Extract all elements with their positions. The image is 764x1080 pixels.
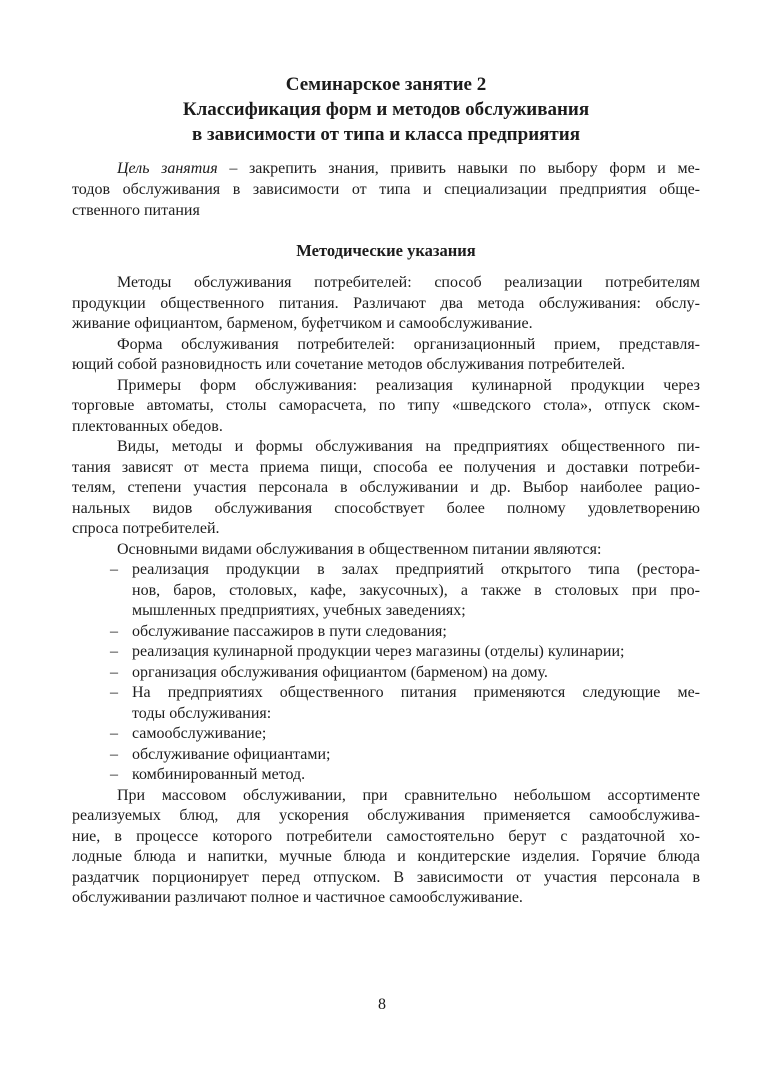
dash-marker: –: [110, 765, 118, 786]
paragraph-line: раздатчик порционирует перед отпуском. В…: [72, 868, 700, 889]
dash-marker: –: [110, 745, 118, 766]
paragraph-line: ние, в процессе которого потребители сам…: [72, 827, 700, 848]
list-item-line: –обслуживание официантами;: [72, 745, 700, 766]
paragraph-line: Методы обслуживания потребителей: способ…: [72, 273, 700, 294]
paragraph-line: Форма обслуживания потребителей: организ…: [72, 335, 700, 356]
paragraph-form: Форма обслуживания потребителей: организ…: [72, 335, 700, 376]
body-text: Методы обслуживания потребителей: способ…: [72, 273, 700, 909]
list-item-text: обслуживание официантами;: [132, 746, 330, 763]
document-page: Семинарское занятие 2 Классификация форм…: [0, 0, 764, 1080]
list-item-text: обслуживание пассажиров в пути следовани…: [132, 623, 447, 640]
list-item: –На предприятиях общественного питания п…: [72, 683, 700, 724]
paragraph-line: лодные блюда и напитки, мучные блюда и к…: [72, 847, 700, 868]
paragraph-line: Основными видами обслуживания в обществе…: [72, 540, 700, 561]
paragraph-line: При массовом обслуживании, при сравнител…: [72, 786, 700, 807]
goal-line-1: Цель занятия – закрепить знания, привить…: [72, 158, 700, 179]
paragraph-line: ющий собой разновидность или сочетание м…: [72, 355, 700, 376]
document-title: Семинарское занятие 2 Классификация форм…: [72, 72, 700, 147]
list-item-line: –обслуживание пассажиров в пути следован…: [72, 622, 700, 643]
paragraph-examples: Примеры форм обслуживания: реализация ку…: [72, 376, 700, 438]
list-item-text: организация обслуживания официантом (бар…: [132, 664, 548, 681]
list-item-text: самообслуживание;: [132, 725, 266, 742]
paragraph-mass-service: При массовом обслуживании, при сравнител…: [72, 786, 700, 909]
title-line-1: Семинарское занятие 2: [72, 72, 700, 97]
dash-marker: –: [110, 724, 118, 745]
goal-line-1-rest: – закрепить знания, привить навыки по вы…: [218, 160, 700, 177]
list-item-line: –реализация продукции в залах предприяти…: [72, 560, 700, 581]
paragraph-line: обслуживании различают полное и частично…: [72, 888, 700, 909]
list-item-line: –реализация кулинарной продукции через м…: [72, 642, 700, 663]
paragraph-line: нальных видов обслуживания способствует …: [72, 499, 700, 520]
section-heading: Методические указания: [72, 240, 700, 261]
list-item-text: На предприятиях общественного питания пр…: [132, 684, 700, 701]
paragraph-line: продукции общественного питания. Различа…: [72, 294, 700, 315]
list-item-text: реализация продукции в залах предприятий…: [132, 561, 700, 578]
paragraph-methods: Методы обслуживания потребителей: способ…: [72, 273, 700, 335]
service-kinds-list: –реализация продукции в залах предприяти…: [72, 560, 700, 786]
paragraph-line: телям, степени участия персонала в обслу…: [72, 478, 700, 499]
list-item-line: –На предприятиях общественного питания п…: [72, 683, 700, 704]
goal-line-3: ственного питания: [72, 200, 700, 221]
paragraph-line: торговые автоматы, столы саморасчета, по…: [72, 396, 700, 417]
paragraph-line: тания зависят от места приема пищи, спос…: [72, 458, 700, 479]
list-item-line: нов, баров, столовых, кафе, закусочных),…: [72, 581, 700, 602]
text-column: Семинарское занятие 2 Классификация форм…: [72, 72, 700, 909]
list-item: –обслуживание пассажиров в пути следован…: [72, 622, 700, 643]
list-item: –реализация кулинарной продукции через м…: [72, 642, 700, 663]
goal-lead-italic: Цель занятия: [117, 160, 218, 177]
list-item: –реализация продукции в залах предприяти…: [72, 560, 700, 622]
list-item-line: мышленных предприятиях, учебных заведени…: [72, 601, 700, 622]
dash-marker: –: [110, 642, 118, 663]
list-item-line: –комбинированный метод.: [72, 765, 700, 786]
paragraph-line: Виды, методы и формы обслуживания на пре…: [72, 437, 700, 458]
list-item: –самообслуживание;: [72, 724, 700, 745]
paragraph-types: Виды, методы и формы обслуживания на пре…: [72, 437, 700, 540]
list-item-line: –организация обслуживания официантом (ба…: [72, 663, 700, 684]
paragraph-line: спроса потребителей.: [72, 519, 700, 540]
paragraph-main-kinds-lead: Основными видами обслуживания в обществе…: [72, 540, 700, 561]
paragraph-line: Примеры форм обслуживания: реализация ку…: [72, 376, 700, 397]
title-line-3: в зависимости от типа и класса предприят…: [72, 122, 700, 147]
dash-marker: –: [110, 622, 118, 643]
goal-line-2: тодов обслуживания в зависимости от типа…: [72, 179, 700, 200]
list-item: –обслуживание официантами;: [72, 745, 700, 766]
paragraph-line: плектованных обедов.: [72, 417, 700, 438]
list-item: –комбинированный метод.: [72, 765, 700, 786]
list-item-line: –самообслуживание;: [72, 724, 700, 745]
dash-marker: –: [110, 560, 118, 581]
paragraph-line: реализуемых блюд, для ускорения обслужив…: [72, 806, 700, 827]
list-item-text: комбинированный метод.: [132, 766, 305, 783]
title-line-2: Классификация форм и методов обслуживани…: [72, 97, 700, 122]
dash-marker: –: [110, 683, 118, 704]
list-item-text: реализация кулинарной продукции через ма…: [132, 643, 624, 660]
paragraph-line: живание официантом, барменом, буфетчиком…: [72, 314, 700, 335]
goal-paragraph: Цель занятия – закрепить знания, привить…: [72, 158, 700, 221]
page-number: 8: [0, 995, 764, 1015]
list-item-line: тоды обслуживания:: [72, 704, 700, 725]
list-item: –организация обслуживания официантом (ба…: [72, 663, 700, 684]
dash-marker: –: [110, 663, 118, 684]
